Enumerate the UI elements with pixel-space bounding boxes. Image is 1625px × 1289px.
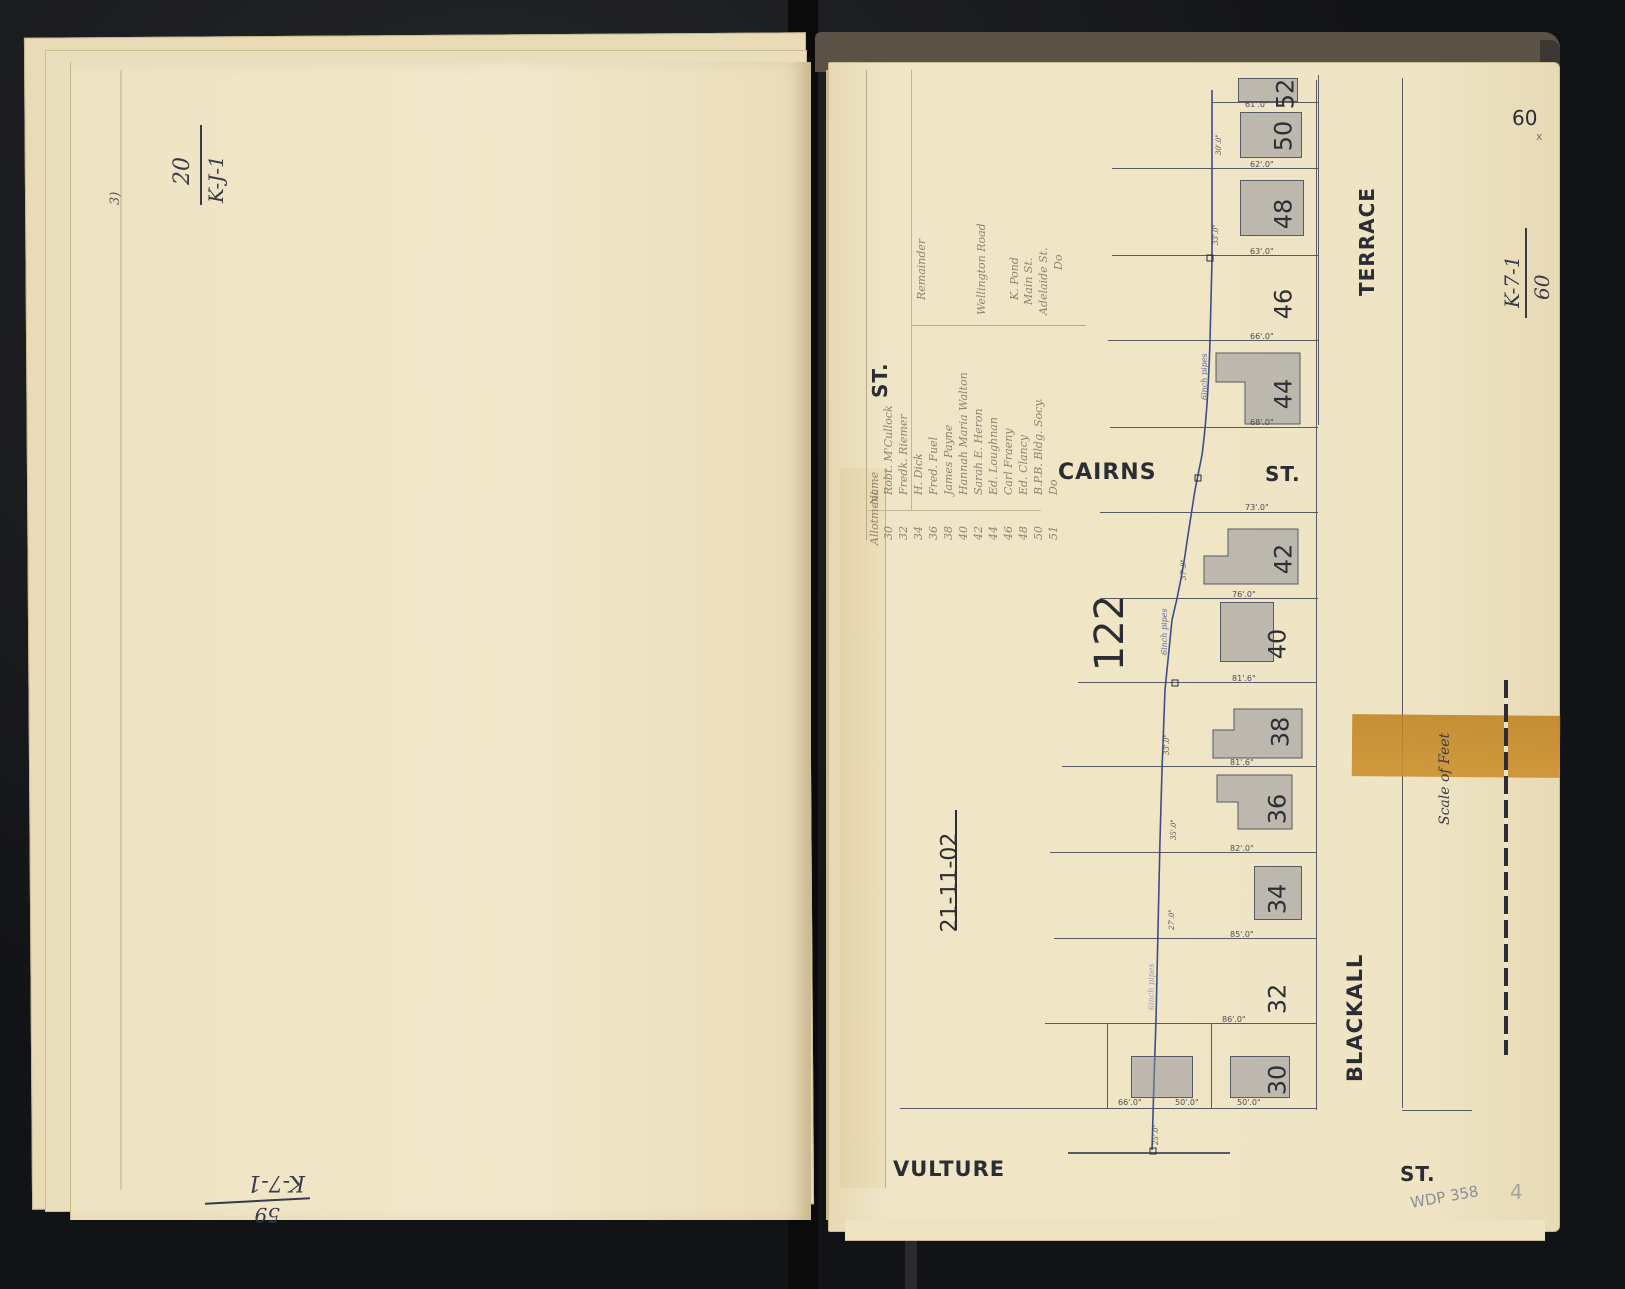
street-label-terrace: TERRACE — [1355, 187, 1379, 296]
left-page-inner-edge — [120, 70, 122, 1190]
lot-number: 34 — [1263, 884, 1291, 915]
lot-number: 48 — [1269, 199, 1297, 230]
register-name: Fred. Fuel — [927, 437, 940, 495]
street-boundary-bottom — [1402, 1110, 1472, 1111]
left-stray-mark: 3) — [108, 192, 123, 205]
left-bottom-note-denominator: 59 — [255, 1203, 280, 1227]
street-boundary-line — [1402, 78, 1403, 1108]
lot-number: 50 — [1269, 121, 1297, 152]
register-remarks-heading: Remainder — [915, 239, 928, 300]
register-allotment: 36 — [927, 526, 940, 540]
register-allotment: 32 — [897, 526, 910, 540]
register-allotment: 34 — [912, 526, 925, 540]
register-allotment: 44 — [987, 526, 1000, 540]
register-remark: Do — [1052, 255, 1065, 270]
right-page-bottom-edge — [845, 1220, 1545, 1241]
lot-frontage: 81'.6" — [1230, 758, 1254, 767]
page-reference-numerator: K-7-1 — [1500, 256, 1524, 308]
register-name: B.P.B. Bldg. Socy. — [1032, 398, 1045, 495]
fraction-bar — [200, 125, 202, 205]
lot-frontage: 63'.0" — [1250, 247, 1274, 256]
register-divider — [866, 510, 1041, 511]
register-remark: Adelaide St. — [1037, 247, 1050, 315]
pipe-label: 6inch pipes — [1200, 353, 1209, 400]
page-number: 60 — [1512, 106, 1537, 130]
street-label-cairns-st: ST. — [1265, 462, 1301, 486]
register-allotment: 42 — [972, 526, 985, 540]
lot-number: 36 — [1263, 794, 1291, 825]
street-label-vulture: VULTURE — [893, 1157, 1005, 1181]
building-lot-38 — [1212, 708, 1312, 760]
lot-number: 32 — [1263, 984, 1291, 1015]
block-number: 122 — [1087, 588, 1133, 678]
street-label-vulture-st: ST. — [1400, 1162, 1436, 1186]
register-allotment: 40 — [957, 526, 970, 540]
register-name: James Payne — [942, 425, 955, 495]
register-name: Robt. M'Cullock — [882, 405, 895, 495]
lot-frontage: 76'.0" — [1232, 590, 1256, 599]
pipe-segment-length: 37'.0" — [1180, 559, 1188, 580]
pipe-segment-length: 30'.0" — [1215, 134, 1223, 155]
date-underline — [955, 810, 957, 930]
survey-date: 21-11-02 — [938, 823, 963, 943]
register-allotment: 50 — [1032, 526, 1045, 540]
register-divider — [911, 70, 912, 510]
adhesive-tape — [1352, 714, 1561, 778]
left-top-note-numerator: 20 — [170, 157, 195, 185]
torn-page-flap — [840, 468, 886, 1188]
register-name: Carl Fraeny — [1002, 428, 1015, 495]
corner-pencil-mark: 4 — [1510, 1180, 1523, 1204]
register-name: Fredk. Riemer — [897, 414, 910, 495]
corner-building — [1131, 1056, 1193, 1098]
register-header-name: Name — [868, 472, 881, 505]
pipe-segment-length: 27'.0" — [1168, 909, 1176, 930]
lot-frontage: 73'.0" — [1245, 503, 1269, 512]
lot-frontage: 81'.6" — [1232, 674, 1256, 683]
register-name: Hannah Maria Walton — [957, 372, 970, 495]
left-page — [70, 62, 811, 1220]
left-bottom-note: K-7-1 59 — [205, 1165, 315, 1225]
pipe-label: 6inch pipes — [1160, 608, 1169, 655]
building-lot-44 — [1215, 352, 1315, 427]
page-fold — [826, 70, 829, 1220]
left-top-note: 20 K-J-1 — [170, 125, 230, 205]
lot-frontage-line-upper — [1318, 75, 1319, 425]
lot-number: 40 — [1263, 629, 1291, 660]
register-divider — [911, 325, 1086, 326]
lot-number: 30 — [1263, 1065, 1291, 1096]
lot-number: 38 — [1266, 717, 1294, 748]
register-divider — [866, 70, 867, 540]
register-name: Sarah E. Heron — [972, 408, 985, 495]
corner-lot-width: 66'.0" — [1118, 1098, 1142, 1107]
lot-number: 42 — [1269, 544, 1297, 575]
corner-lot-width: 50'.0" — [1175, 1098, 1199, 1107]
street-label-st-top: ST. — [868, 362, 892, 398]
page-number-mark: x — [1536, 130, 1543, 143]
register-remark: Wellington Road — [975, 223, 988, 315]
lot-frontage: 82'.0" — [1230, 844, 1254, 853]
fraction-bar — [1525, 228, 1527, 318]
register-remark: K. Pond — [1008, 257, 1021, 300]
lot-line-corner — [1107, 1023, 1108, 1108]
register-name: Ed. Loughnan — [987, 417, 1000, 495]
corner-lot-width: 50'.0" — [1237, 1098, 1261, 1107]
pipe-segment-length: 35'.0" — [1170, 819, 1178, 840]
register-allotment: 48 — [1017, 526, 1030, 540]
pipe-segment-length: 25'.0" — [1152, 1124, 1160, 1145]
register-allotment: 38 — [942, 526, 955, 540]
register-name: Ed. Clancy — [1017, 435, 1030, 495]
lot-number: 46 — [1269, 289, 1297, 320]
pipe-segment-length: 33'.0" — [1212, 224, 1220, 245]
lot-frontage: 62'.0" — [1250, 160, 1274, 169]
lot-frontage: 66'.0" — [1250, 332, 1274, 341]
lot-number: 52 — [1271, 79, 1299, 110]
lot-frontage: 86'.0" — [1222, 1015, 1246, 1024]
register-allotment: 46 — [1002, 526, 1015, 540]
lot-frontage: 85'.0" — [1230, 930, 1254, 939]
street-label-blackall: BLACKALL — [1343, 954, 1367, 1082]
pipe-label: 6inch pipes — [1147, 963, 1156, 1010]
page-reference: K-7-1 60 — [1500, 228, 1550, 318]
page-reference-denominator: 60 — [1530, 275, 1554, 300]
register-allotment: 51 — [1047, 526, 1060, 540]
left-top-note-denominator: K-J-1 — [204, 155, 228, 203]
register-name: H. Dick — [912, 453, 925, 495]
lot-frontage: 61'.0" — [1245, 100, 1269, 109]
register-remark: Main St. — [1022, 258, 1035, 305]
pipe-segment-length: 33'.0" — [1163, 734, 1171, 755]
scale-label: Scale of Feet — [1437, 733, 1453, 825]
scale-bar — [1504, 680, 1508, 1055]
left-bottom-note-numerator: K-7-1 — [247, 1170, 305, 1195]
lot-frontage: 68'.0" — [1250, 418, 1274, 427]
vulture-st-boundary — [900, 1108, 1316, 1109]
register-allotment: 30 — [882, 526, 895, 540]
lot-number: 44 — [1269, 379, 1297, 410]
